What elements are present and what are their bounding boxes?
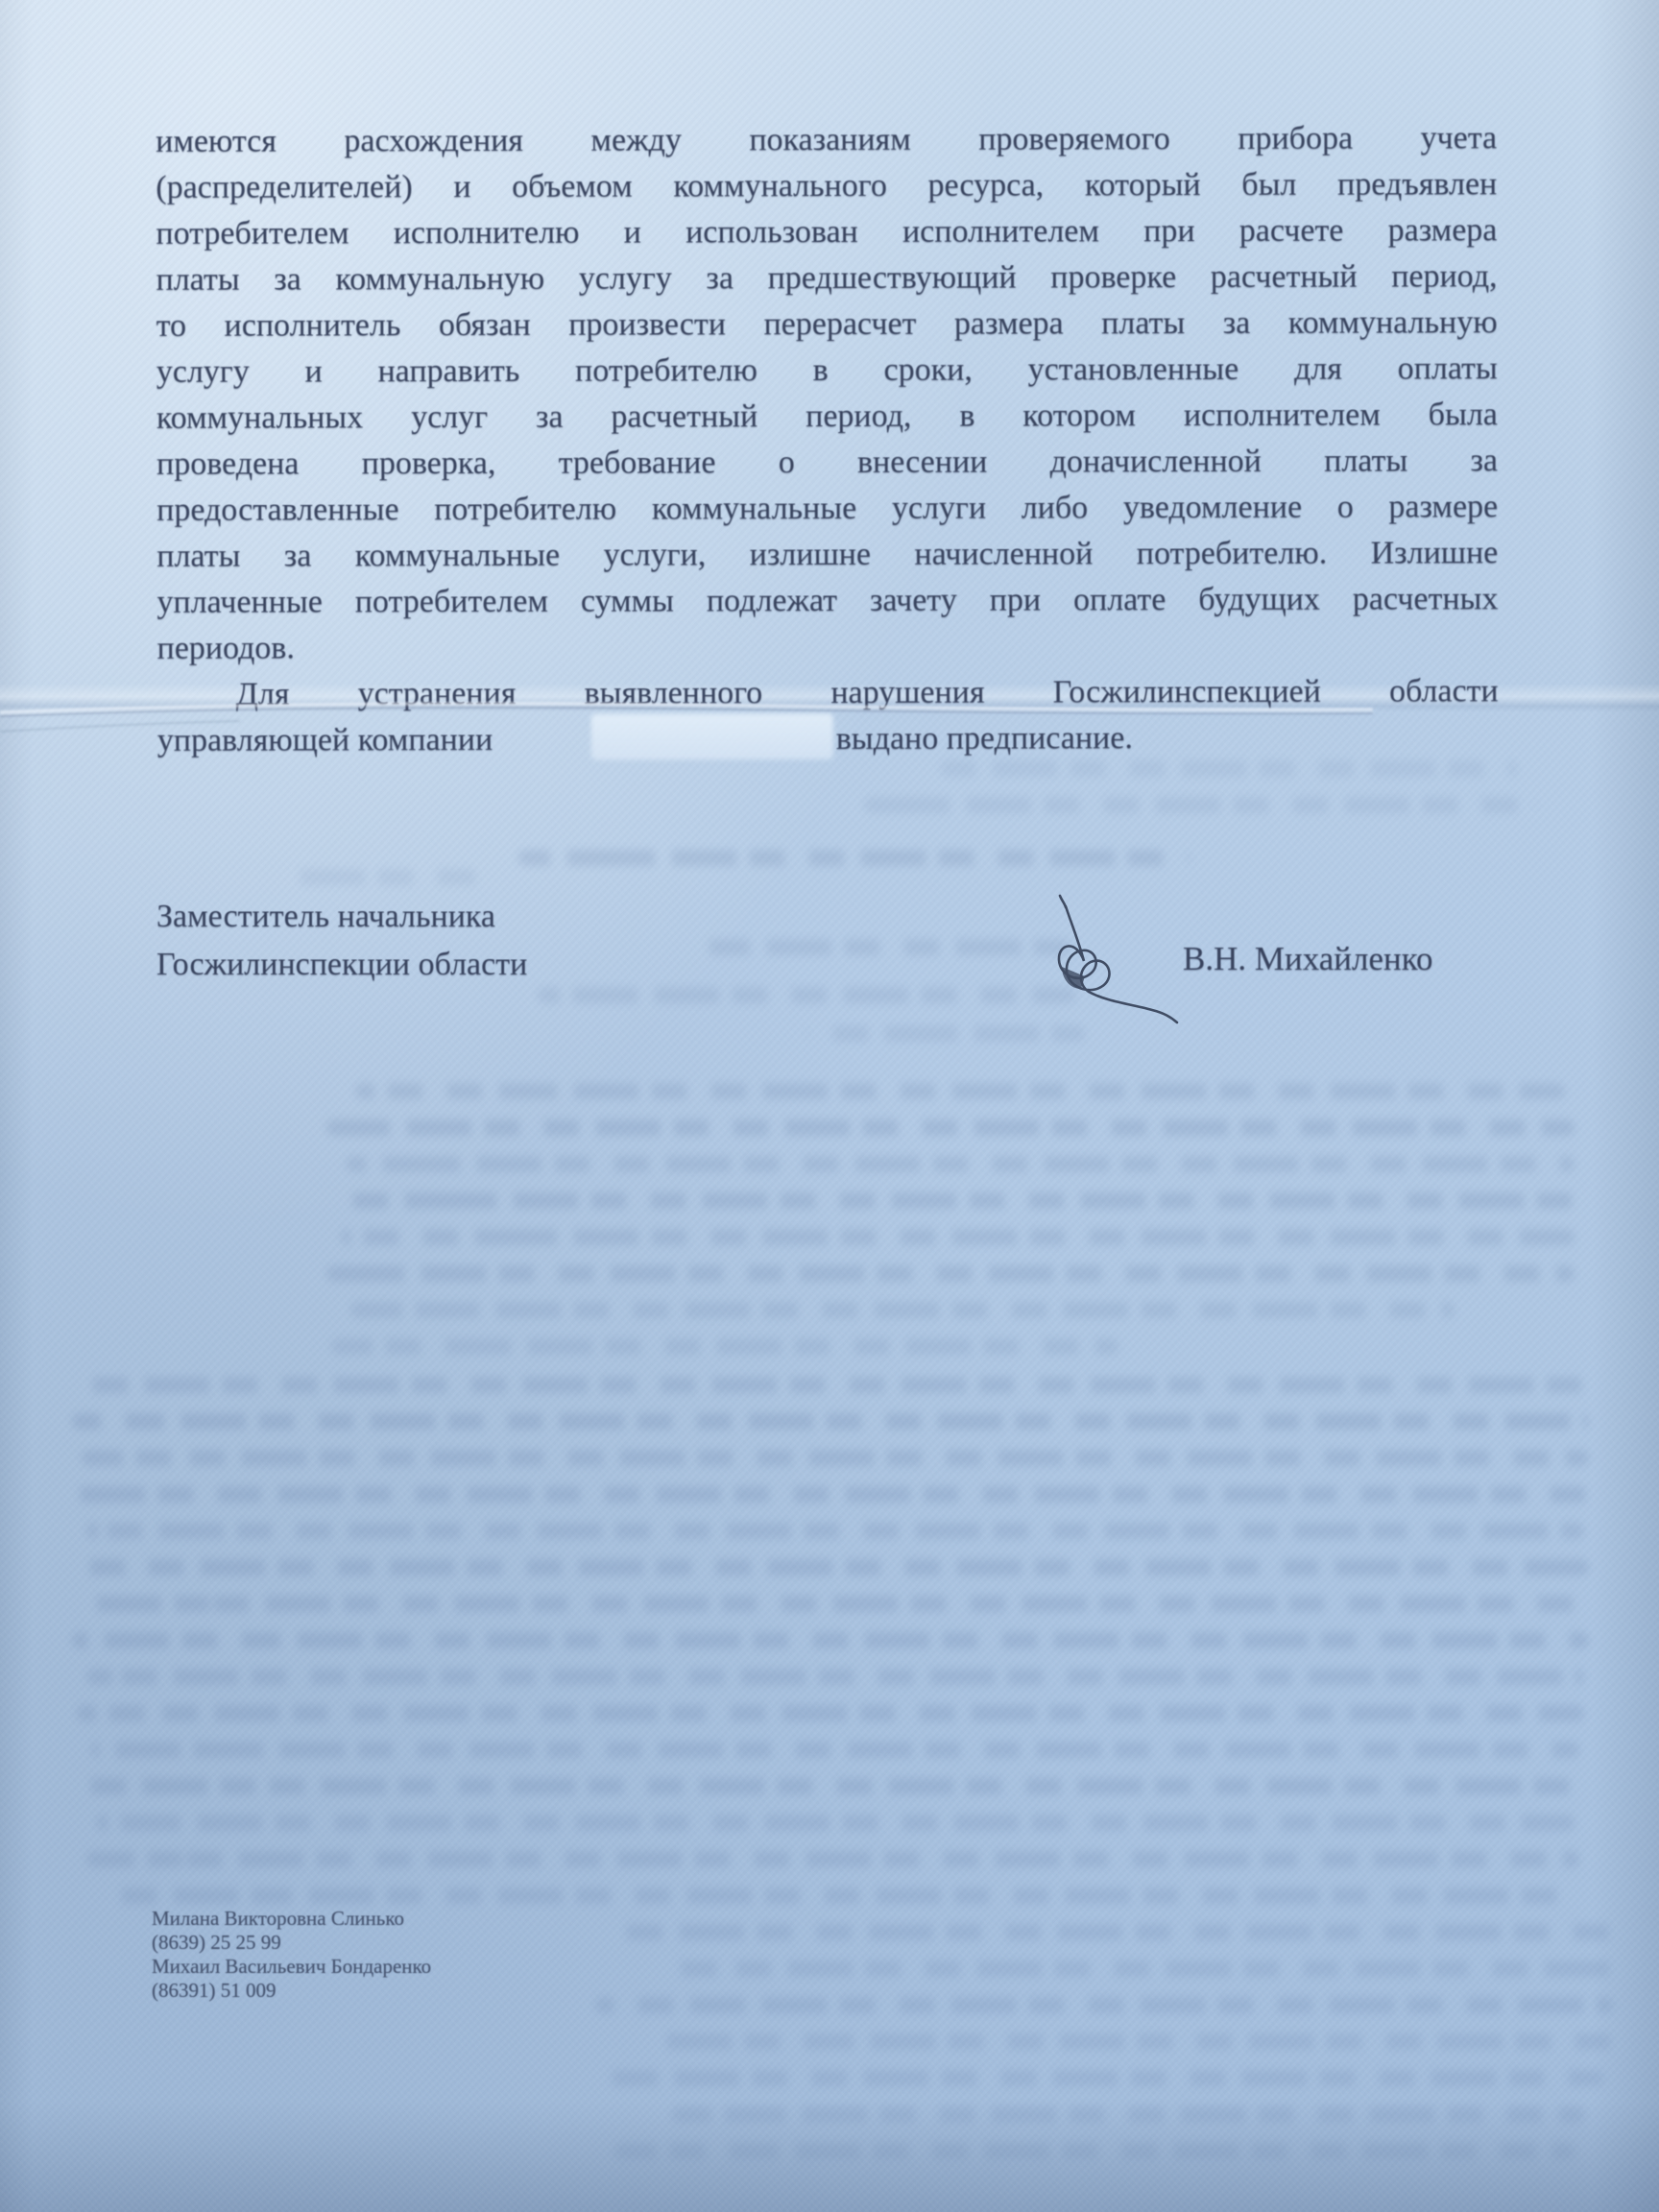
- closing-paragraph-line: управляющей компании выдано предписание.: [157, 714, 1499, 764]
- body-text-line: коммунальных услуг за расчетный период, …: [156, 392, 1498, 442]
- bleedthrough-line: [91, 1596, 1584, 1612]
- bleedthrough-line: [595, 2070, 1603, 2086]
- document-photo: имеются расхождения между показаниям про…: [0, 0, 1659, 2212]
- bleedthrough-line: [67, 1486, 1589, 1503]
- bleedthrough-line: [355, 1083, 1565, 1099]
- letter-body: имеются расхождения между показаниям про…: [156, 115, 1502, 764]
- closing-paragraph-line: Для устранения выявленного нарушения Гос…: [157, 668, 1499, 718]
- bleedthrough-line: [350, 1302, 1455, 1318]
- bleedthrough-line: [82, 1778, 1584, 1794]
- body-text-line: услугу и направить потребителю в сроки, …: [156, 346, 1498, 396]
- body-text-line: предоставленные потребителю коммунальные…: [156, 484, 1498, 534]
- bleedthrough-line: [72, 1632, 1589, 1648]
- body-text-line: (распределителей) и объемом коммунальног…: [156, 161, 1497, 211]
- signature-position-title: Заместитель начальника Госжилинспекции о…: [156, 893, 527, 989]
- bleedthrough-line: [806, 1025, 1085, 1042]
- bleedthrough-line: [91, 1742, 1579, 1758]
- bleedthrough-line: [614, 2143, 1575, 2159]
- bleedthrough-line: [346, 1156, 1575, 1172]
- bleedthrough-line: [326, 1119, 1575, 1136]
- bleedthrough-line: [331, 1338, 1118, 1355]
- body-text-line: проведена проверка, требование о внесени…: [156, 438, 1498, 488]
- bleedthrough-line: [106, 1887, 1565, 1904]
- body-text-line: имеются расхождения между показаниям про…: [156, 115, 1497, 165]
- bleedthrough-line: [595, 1997, 1613, 2013]
- bleedthrough-line: [538, 987, 1075, 1003]
- signature-position-line: Госжилинспекции области: [156, 941, 527, 989]
- body-text-line: платы за коммунальную услугу за предшест…: [156, 253, 1497, 303]
- footer-contact-name: Михаил Васильевич Бондаренко: [152, 1955, 431, 1979]
- signature-position-line: Заместитель начальника: [156, 893, 527, 941]
- issued-prescription-label: выдано предписание.: [836, 715, 1133, 762]
- bleedthrough-line: [518, 850, 1190, 866]
- bleedthrough-line: [288, 869, 480, 885]
- signee-name: В.Н. Михайленко: [1183, 939, 1432, 979]
- footer-contact-name: Милана Викторовна Слинько: [152, 1907, 431, 1931]
- bleedthrough-line: [672, 2106, 1584, 2123]
- bleedthrough-line: [77, 1705, 1584, 1721]
- bleedthrough-line: [331, 1192, 1575, 1209]
- bleedthrough-line: [864, 797, 1536, 813]
- footer-contact-phone: (86391) 51 009: [152, 1979, 431, 2003]
- managing-company-label: управляющей компании: [157, 717, 493, 764]
- bleedthrough-line: [86, 1377, 1584, 1393]
- bleedthrough-line: [82, 1450, 1589, 1466]
- body-text-line: потребителем исполнителю и использован и…: [156, 207, 1497, 257]
- footer-contact-phone: (8639) 25 25 99: [152, 1931, 431, 1955]
- body-text-line: то исполнитель обязан произвести перерас…: [156, 300, 1498, 349]
- body-text-line: периодов.: [157, 622, 1499, 672]
- bleedthrough-line: [341, 1229, 1575, 1245]
- bleedthrough-line: [614, 1924, 1613, 1940]
- bleedthrough-line: [672, 1960, 1613, 1977]
- bleedthrough-line: [96, 1815, 1575, 1831]
- bleedthrough-line: [326, 1265, 1575, 1282]
- bleedthrough-line: [653, 2033, 1613, 2050]
- bleedthrough-line: [86, 1851, 1579, 1867]
- bleedthrough-line: [701, 939, 1085, 955]
- bleedthrough-line: [77, 1559, 1589, 1575]
- bleedthrough-line: [86, 1523, 1584, 1539]
- bleedthrough-line: [72, 1413, 1589, 1430]
- body-text-line: платы за коммунальные услуги, излишне на…: [156, 530, 1498, 580]
- footer-contacts: Милана Викторовна Слинько (8639) 25 25 9…: [152, 1907, 431, 2003]
- body-text-line: уплаченные потребителем суммы подлежат з…: [156, 576, 1498, 626]
- bleedthrough-line: [941, 760, 1517, 777]
- bleedthrough-line: [86, 1669, 1584, 1685]
- redaction-patch: [591, 713, 833, 760]
